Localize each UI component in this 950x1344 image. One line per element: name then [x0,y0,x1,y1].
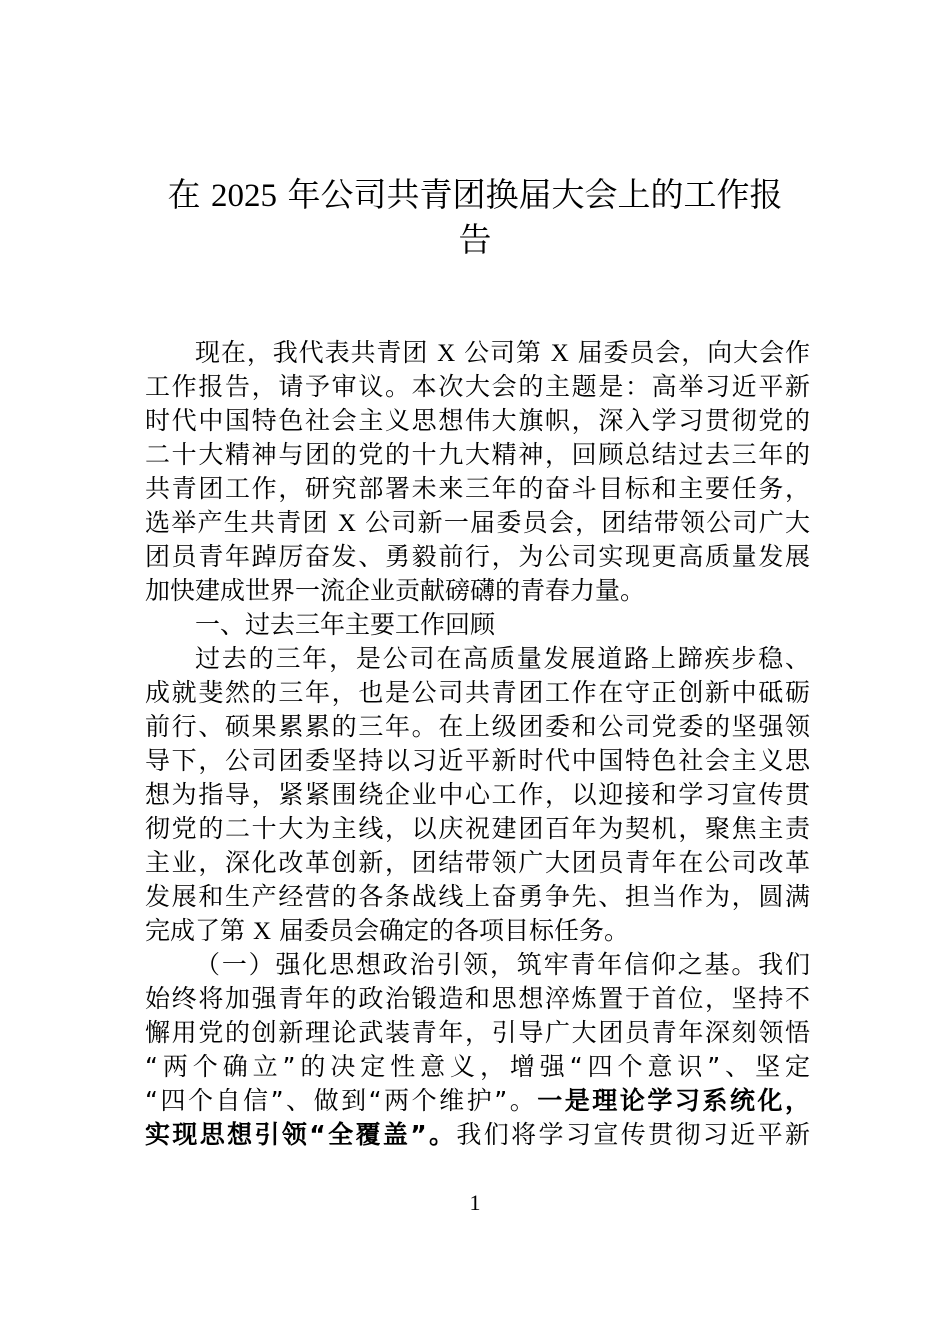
paragraph-2-line: 发展和生产经营的各条战线上奋勇争先、担当作为，圆满 [145,880,810,914]
text-run: 公司新一届委员会，团结带领公司广大 [356,508,810,537]
document-title-line-2: 告 [0,220,950,260]
paragraph-1-line: 工作报告，请予审议。本次大会的主题是：高举习近平新 [145,370,810,404]
text-run: X [551,340,569,367]
text-run: 届委员会确定的各项目标任务。 [271,916,629,945]
paragraph-2-line: 导下，公司团委坚持以习近平新时代中国特色社会主义思 [145,744,810,778]
text-run: “四个自信”、做到“两个维护”。 [145,1086,537,1115]
paragraph-1-line: 时代中国特色社会主义思想伟大旗帜，深入学习贯彻党的 [145,404,810,438]
paragraph-1-line: 现在，我代表共青团 X 公司第 X 届委员会，向大会作 [145,336,810,370]
paragraph-3-line: 始终将加强青年的政治锻造和思想淬炼置于首位，坚持不 [145,982,810,1016]
bold-text-run: 一是理论学习系统化， [537,1086,810,1115]
text-run: X [338,510,356,537]
paragraph-2-line: 彻党的二十大为主线，以庆祝建团百年为契机，聚焦主责 [145,812,810,846]
text-run: 完成了第 [145,916,253,945]
paragraph-2-line: 过去的三年，是公司在高质量发展道路上蹄疾步稳、 [145,642,810,676]
document-page: 在 2025 年公司共青团换届大会上的工作报 告 现在，我代表共青团 X 公司第… [0,0,950,1344]
paragraph-3-line: 懈用党的创新理论武装青年，引导广大团员青年深刻领悟 [145,1016,810,1050]
title-suffix: 年公司共青团换届大会上的工作报 [277,175,783,214]
document-body: 现在，我代表共青团 X 公司第 X 届委员会，向大会作 工作报告，请予审议。本次… [145,336,810,1152]
text-run: X [437,340,455,367]
paragraph-1-line: 团员青年踔厉奋发、勇毅前行，为公司实现更高质量发展 [145,540,810,574]
text-run: 公司第 [455,338,551,367]
paragraph-3-line: “四个自信”、做到“两个维护”。一是理论学习系统化， [145,1084,810,1118]
text-run: 选举产生共青团 [145,508,338,537]
bold-text-run: 实现思想引领“全覆盖”。 [145,1120,456,1149]
title-prefix: 在 [168,175,212,214]
text-run: 届委员会，向大会作 [569,338,810,367]
paragraph-1-line: 共青团工作，研究部署未来三年的奋斗目标和主要任务， [145,472,810,506]
paragraph-2-line: 想为指导，紧紧围绕企业中心工作，以迎接和学习宣传贯 [145,778,810,812]
paragraph-2-line: 完成了第 X 届委员会确定的各项目标任务。 [145,914,810,948]
page-number: 1 [0,1188,950,1218]
paragraph-2-line: 主业，深化改革创新，团结带领广大团员青年在公司改革 [145,846,810,880]
paragraph-3-line: “两个确立”的决定性意义，增强“四个意识”、坚定 [145,1050,810,1084]
section-heading: 一、过去三年主要工作回顾 [145,608,810,642]
paragraph-1-line: 二十大精神与团的党的十九大精神，回顾总结过去三年的 [145,438,810,472]
text-run: 现在，我代表共青团 [195,338,437,367]
text-run: X [253,918,271,945]
paragraph-2-line: 成就斐然的三年，也是公司共青团工作在守正创新中砥砺 [145,676,810,710]
paragraph-1-line: 选举产生共青团 X 公司新一届委员会，团结带领公司广大 [145,506,810,540]
paragraph-3-line: （一）强化思想政治引领，筑牢青年信仰之基。我们 [145,948,810,982]
paragraph-3-line: 实现思想引领“全覆盖”。我们将学习宣传贯彻习近平新 [145,1118,810,1152]
title-year: 2025 [211,178,277,214]
document-title-line-1: 在 2025 年公司共青团换届大会上的工作报 [0,175,950,216]
paragraph-1-line: 加快建成世界一流企业贡献磅礴的青春力量。 [145,574,810,608]
text-run: 我们将学习宣传贯彻习近平新 [456,1120,810,1149]
paragraph-2-line: 前行、硕果累累的三年。在上级团委和公司党委的坚强领 [145,710,810,744]
